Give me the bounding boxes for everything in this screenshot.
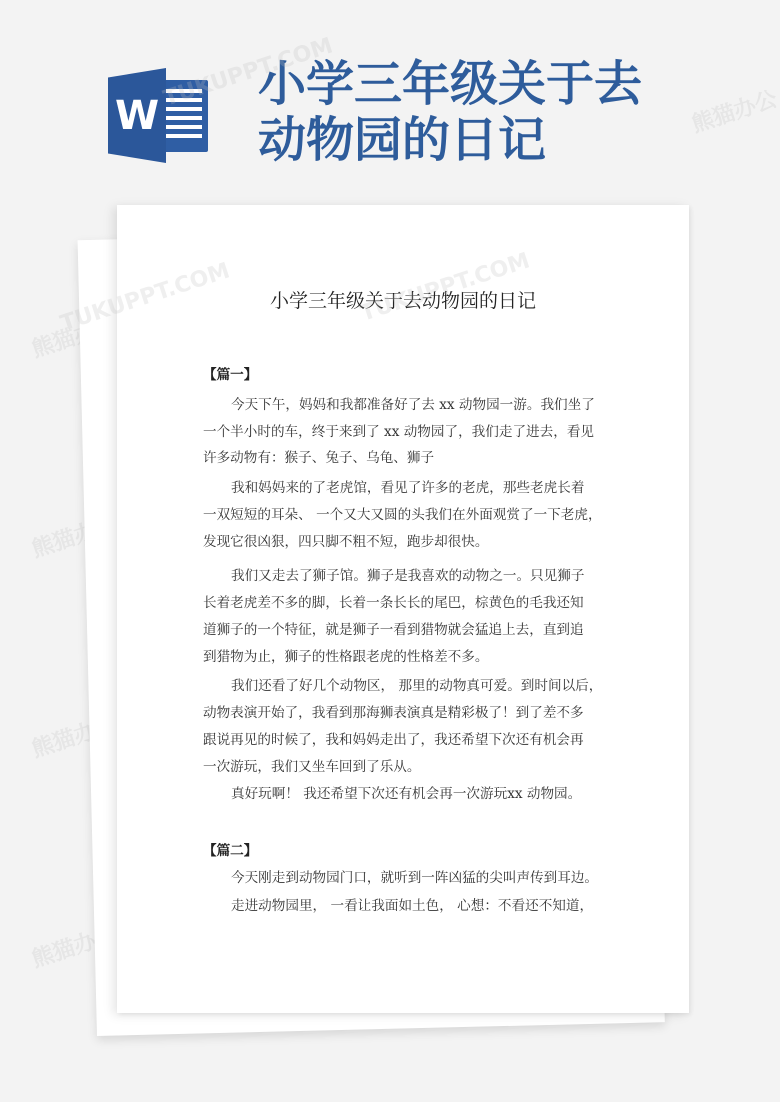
paragraph-line: 我们又走去了狮子馆。狮子是我喜欢的动物之一。只见狮子 [231,567,584,585]
banner-title-line-2: 动物园的日记 [258,112,698,168]
paragraph-line: 今天下午，妈妈和我都准备好了去 xx 动物园一游。我们坐了 [231,396,595,414]
paragraph-line: 我和妈妈来的了老虎馆，看见了许多的老虎，那些老虎长着 [231,479,584,497]
paragraph-line: 道狮子的一个特征，就是狮子一看到猎物就会猛追上去，直到追 [203,621,584,639]
word-icon-front: W [108,68,166,163]
paragraph-line: 许多动物有：猴子、兔子、乌龟、狮子 [203,449,434,467]
banner-title: 小学三年级关于去 动物园的日记 [258,56,698,168]
paragraph-line: 长着老虎差不多的脚，长着一条长长的尾巴，棕黄色的毛我还知 [203,594,584,612]
document-title: 小学三年级关于去动物园的日记 [117,289,689,313]
paragraph-line: 我们还看了好几个动物区， 那里的动物真可爱。到时间以后， [231,677,602,695]
paragraph-line: 动物表演开始了，我看到那海狮表演真是精彩极了！到了差不多 [203,704,584,722]
document-page: 小学三年级关于去动物园的日记 【篇一】 今天下午，妈妈和我都准备好了去 xx 动… [117,205,689,1013]
word-icon-document [160,80,208,152]
word-icon-letter: W [115,94,159,138]
paragraph-line: 跟说再见的时候了，我和妈妈走出了，我还希望下次还有机会再 [203,731,584,749]
section-heading: 【篇二】 [203,842,257,860]
watermark: 熊猫办公 [687,82,780,139]
paragraph-line: 真好玩啊！ 我还希望下次还有机会再一次游玩xx 动物园。 [231,785,581,803]
banner-title-line-1: 小学三年级关于去 [258,56,698,112]
paragraph-line: 一次游玩，我们又坐车回到了乐从。 [203,758,421,776]
paragraph-line: 一双短短的耳朵、 一个又大又圆的头我们在外面观赏了一下老虎， [203,506,602,524]
watermark: TUKUPPT.COM [357,248,533,326]
word-icon: W [108,68,208,163]
paragraph-line: 到猎物为止，狮子的性格跟老虎的性格差不多。 [203,648,488,666]
paragraph-line: 发现它很凶狠，四只脚不粗不短，跑步却很快。 [203,533,488,551]
section-heading: 【篇一】 [203,366,257,384]
paragraph-line: 走进动物园里， 一看让我面如土色， 心想：不看还不知道， [231,897,593,915]
paragraph-line: 一个半小时的车，终于来到了 xx 动物园了，我们走了进去，看见 [203,423,594,441]
paragraph-line: 今天刚走到动物园门口，就听到一阵凶猛的尖叫声传到耳边。 [231,869,598,887]
